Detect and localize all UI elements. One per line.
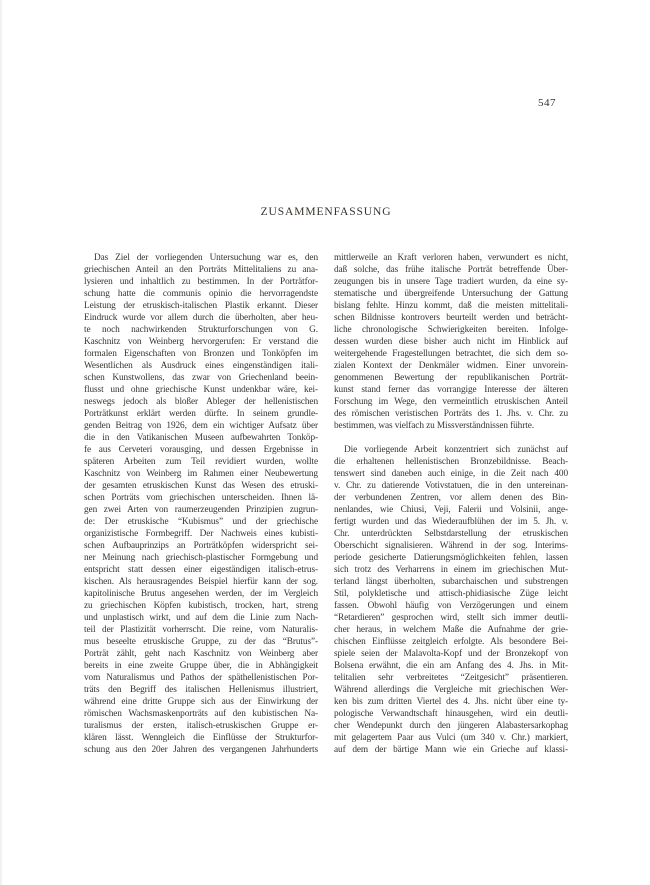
- text-line: Bolsena erwähnt, die ein am Anfang des 4…: [334, 660, 568, 672]
- text-line: genommenen Bewertung der republikanische…: [334, 372, 568, 384]
- text-line: klären lässt. Wenngleich die Einflüsse d…: [84, 732, 318, 744]
- right-column: mittlerweile an Kraft verloren haben, ve…: [334, 252, 568, 756]
- text-line: te noch nachwirkenden Strukturforschunge…: [84, 324, 318, 336]
- text-line: zialen Kontext der Denkmäler widmen. Ein…: [334, 360, 568, 372]
- text-line: ken bis zum dritten Viertel des 4. Jhs. …: [334, 696, 568, 708]
- text-line: tenswert sind daneben auch einige, in di…: [334, 468, 568, 480]
- text-line: Das Ziel der vorliegenden Untersuchung w…: [84, 252, 318, 264]
- text-line: schen Kunstwollens, das zwar von Grieche…: [84, 372, 318, 384]
- text-line: Porträt zählt, geht nach Kaschnitz von W…: [84, 648, 318, 660]
- text-line: träts den Begriff des italischen Helleni…: [84, 684, 318, 696]
- text-line: lysieren und inhaltlich zu bestimmen. In…: [84, 276, 318, 288]
- text-line: Chr. unterdrückten Selbstdarstellung der…: [334, 528, 568, 540]
- paragraph: Die vorliegende Arbeit konzentriert sich…: [334, 444, 568, 756]
- text-line: stematische und übergreifende Untersuchu…: [334, 288, 568, 300]
- text-line: schen Bildnisse kontrovers beurteilt wer…: [334, 312, 568, 324]
- text-line: bislang fehlte. Hinzu kommt, daß die mei…: [334, 300, 568, 312]
- text-line: sich trotz des Verharrens in einem im gr…: [334, 564, 568, 576]
- text-line: der verbundenen Zentren, vor allem denen…: [334, 492, 568, 504]
- text-line: Porträtkunst erklärt werden dürfte. In s…: [84, 408, 318, 420]
- text-line: kapitolinische Brutus angesehen werden, …: [84, 588, 318, 600]
- text-line: fe aus Cerveteri vorausging, und dessen …: [84, 444, 318, 456]
- text-line: Wesentlichen als Ausdruck eines eingenst…: [84, 360, 318, 372]
- text-line: periode gesicherte Datierungsmöglichkeit…: [334, 552, 568, 564]
- text-line: spiele seien der Malavolta-Kopf und der …: [334, 648, 568, 660]
- text-line: cher heraus, in welchem Maße die Aufnahm…: [334, 624, 568, 636]
- text-line: während eine dritte Gruppe sich aus der …: [84, 696, 318, 708]
- text-line: schen Aufbauprinzips an Porträtköpfen wi…: [84, 540, 318, 552]
- paragraph: Das Ziel der vorliegenden Untersuchung w…: [84, 252, 318, 756]
- text-line: kunst stand ferner das vorrangige Intere…: [334, 384, 568, 396]
- text-line: Leistung der etruskisch-italischen Plast…: [84, 300, 318, 312]
- text-line: späteren Arbeiten zum Teil revidiert wur…: [84, 456, 318, 468]
- text-line: gen zwei Arten von raumerzeugenden Prinz…: [84, 504, 318, 516]
- text-line: die erhaltenen hellenistischen Bronzebil…: [334, 456, 568, 468]
- summary-heading: ZUSAMMENFASSUNG: [84, 206, 568, 218]
- text-line: vom Naturalismus und Pathos der späthell…: [84, 672, 318, 684]
- text-line: Während allerdings die Vergleiche mit gr…: [334, 684, 568, 696]
- text-line: “Retardieren” gesprochen wird, stellt si…: [334, 612, 568, 624]
- text-line: nenlandes, wie Chiusi, Veji, Falerii und…: [334, 504, 568, 516]
- text-line: fassen. Obwohl häufig von Verzögerungen …: [334, 600, 568, 612]
- text-line: genden Beitrag von 1926, dem ein wichtig…: [84, 420, 318, 432]
- text-line: Stil, polykletische und attisch-phidiasi…: [334, 588, 568, 600]
- text-line: römischen Wachsmaskenporträts auf den ku…: [84, 708, 318, 720]
- text-line: liche chronologische Schwierigkeiten ber…: [334, 324, 568, 336]
- text-line: zeugungen bis in unsere Tage tradiert wu…: [334, 276, 568, 288]
- text-line: ner Meinung nach griechisch-plastischer …: [84, 552, 318, 564]
- text-line: bereits in eine zweite Gruppe über, die …: [84, 660, 318, 672]
- text-line: des römischen veristischen Porträts des …: [334, 408, 568, 420]
- text-line: neswegs jedoch als bloßer Ableger der he…: [84, 396, 318, 408]
- left-column: Das Ziel der vorliegenden Untersuchung w…: [84, 252, 318, 756]
- text-line: die in den Vatikanischen Museen aufbewah…: [84, 432, 318, 444]
- text-line: mus beseelte etruskische Gruppe, zu der …: [84, 636, 318, 648]
- paragraph: mittlerweile an Kraft verloren haben, ve…: [334, 252, 568, 432]
- text-line: entspricht statt dessen einer eigeständi…: [84, 564, 318, 576]
- text-line: v. Chr. zu datierende Votivstatuen, die …: [334, 480, 568, 492]
- text-line: schen Porträts vom griechischen untersch…: [84, 492, 318, 504]
- text-line: der gesamten etruskischen Kunst das Wese…: [84, 480, 318, 492]
- text-line: schung aus den 20er Jahren des vergangen…: [84, 744, 318, 756]
- text-line: und unplastisch wirkt, und auf dem die L…: [84, 612, 318, 624]
- text-line: formalen Eigenschaften von Bronzen und T…: [84, 348, 318, 360]
- text-line: mit gelagertem Paar aus Vulci (um 340 v.…: [334, 732, 568, 744]
- text-line: cher Wendepunkt durch den jüngeren Alaba…: [334, 720, 568, 732]
- page-number: 547: [538, 97, 556, 109]
- text-line: Forschung im Wege, den vermeintlich etru…: [334, 396, 568, 408]
- text-line: terland längst überholten, subarchaische…: [334, 576, 568, 588]
- text-columns: Das Ziel der vorliegenden Untersuchung w…: [84, 252, 568, 756]
- text-line: pologische Verwandtschaft hinausgehen, w…: [334, 708, 568, 720]
- text-line: kischen. Als herausragendes Beispiel hie…: [84, 576, 318, 588]
- text-line: Kaschnitz von Weinberg hervorgerufen: Er…: [84, 336, 318, 348]
- text-line: fertigt wurden und das Wiederaufblühen d…: [334, 516, 568, 528]
- text-line: griechischen Anteil an den Porträts Mitt…: [84, 264, 318, 276]
- text-line: teil der Plastizität vorherrscht. Die re…: [84, 624, 318, 636]
- text-line: organizistische Formbegriff. Der Nachwei…: [84, 528, 318, 540]
- text-line: auf dem der bärtige Mann wie ein Grieche…: [334, 744, 568, 756]
- text-line: weitergehende Fragestellungen betrachtet…: [334, 348, 568, 360]
- text-line: flusst und ohne griechische Kunst undenk…: [84, 384, 318, 396]
- text-line: de: Der etruskische “Kubismus” und der g…: [84, 516, 318, 528]
- text-line: schung hatte die communis opinio die her…: [84, 288, 318, 300]
- text-line: turalismus der ersten, italisch-etruskis…: [84, 720, 318, 732]
- text-line: Oberschicht signalisieren. Während in de…: [334, 540, 568, 552]
- text-line: daß solche, das frühe italische Porträt …: [334, 264, 568, 276]
- text-line: mittlerweile an Kraft verloren haben, ve…: [334, 252, 568, 264]
- text-line: Eindruck wurde vor allem durch die überh…: [84, 312, 318, 324]
- text-line: Die vorliegende Arbeit konzentriert sich…: [334, 444, 568, 456]
- text-line: bestimmen, was vielfach zu Missverständn…: [334, 420, 568, 432]
- text-line: dessen wurden diese bisher auch nicht im…: [334, 336, 568, 348]
- text-line: zu griechischen Köpfen kubistisch, trock…: [84, 600, 318, 612]
- text-line: Kaschnitz von Weinberg im Rahmen einer N…: [84, 468, 318, 480]
- text-line: chischen Einflüsse zeitgleich erfolgte. …: [334, 636, 568, 648]
- text-line: telitalien sehr verbreitetes “Zeitgesich…: [334, 672, 568, 684]
